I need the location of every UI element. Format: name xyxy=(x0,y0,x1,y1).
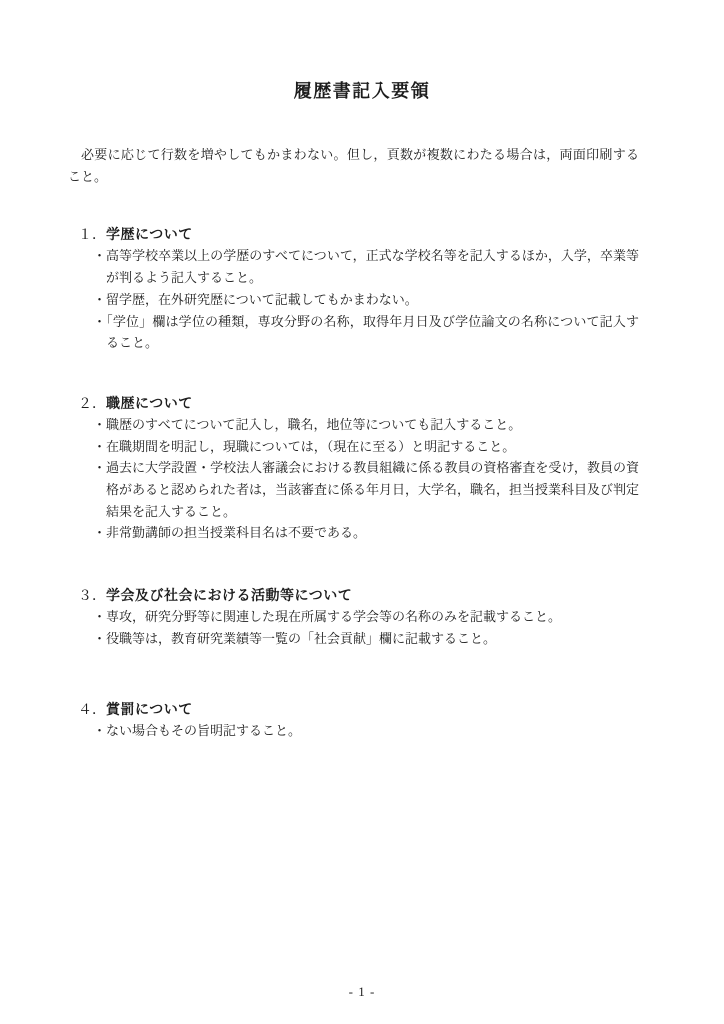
document-page: 履歴書記入要領 必要に応じて行数を増やしてもかまわない。但し，頁数が複数にわたる… xyxy=(0,0,724,1024)
bullet-text: 非常勤講師の担当授業科目名は不要である。 xyxy=(106,525,366,540)
bullet-marker: ・ xyxy=(93,292,106,307)
bullet-item: ・在職期間を明記し，現職については，（現在に至る）と明記すること。 xyxy=(68,436,639,458)
bullet-marker: ・ xyxy=(93,723,106,738)
page-number: - 1 - xyxy=(0,984,724,1000)
section-heading: ３．学会及び社会における活動等について xyxy=(68,584,639,606)
bullet-marker: ・ xyxy=(93,609,106,624)
bullet-item: ・職歴のすべてについて記入し，職名，地位等についても記入すること。 xyxy=(68,414,639,436)
bullet-marker: ・ xyxy=(93,631,106,646)
section-title: 職歴について xyxy=(106,395,193,411)
bullet-marker: ・ xyxy=(93,525,106,540)
bullet-text: 過去に大学設置・学校法人審議会における教員組織に係る教員の資格審査を受け，教員の… xyxy=(106,460,639,518)
section: ４．賞罰について・ない場合もその旨明記すること。 xyxy=(68,698,639,742)
bullet-text: 「学位」欄は学位の種類，専攻分野の名称，取得年月日及び学位論文の名称について記入… xyxy=(106,314,639,351)
section-title: 学歴について xyxy=(106,226,193,242)
section-number: ２． xyxy=(78,395,106,411)
bullet-item: ・専攻，研究分野等に関連した現在所属する学会等の名称のみを記載すること。 xyxy=(68,606,639,628)
sections-container: １．学歴について・高等学校卒業以上の学歴のすべてについて，正式な学校名等を記入す… xyxy=(68,223,639,741)
section-heading: ４．賞罰について xyxy=(68,698,639,720)
bullet-item: ・高等学校卒業以上の学歴のすべてについて，正式な学校名等を記入するほか，入学，卒… xyxy=(68,245,639,288)
document-content: 必要に応じて行数を増やしてもかまわない。但し，頁数が複数にわたる場合は，両面印刷… xyxy=(68,144,639,741)
bullet-text: 職歴のすべてについて記入し，職名，地位等についても記入すること。 xyxy=(106,417,521,432)
bullet-list: ・高等学校卒業以上の学歴のすべてについて，正式な学校名等を記入するほか，入学，卒… xyxy=(68,245,639,354)
section-number: ４． xyxy=(78,701,106,717)
bullet-marker: ・ xyxy=(93,439,106,454)
bullet-text: 留学歴，在外研究歴について記載してもかまわない。 xyxy=(106,292,418,307)
bullet-text: ない場合もその旨明記すること。 xyxy=(106,723,301,738)
section-number: ３． xyxy=(78,587,106,603)
bullet-marker: ・ xyxy=(93,248,106,263)
bullet-text: 役職等は，教育研究業績等一覧の「社会貢献」欄に記載すること。 xyxy=(106,631,496,646)
section-title: 学会及び社会における活動等について xyxy=(106,587,352,603)
bullet-item: ・非常勤講師の担当授業科目名は不要である。 xyxy=(68,522,639,544)
section: ３．学会及び社会における活動等について・専攻，研究分野等に関連した現在所属する学… xyxy=(68,584,639,649)
bullet-marker: ・ xyxy=(93,460,106,475)
section-heading: ２．職歴について xyxy=(68,392,639,414)
bullet-text: 在職期間を明記し，現職については，（現在に至る）と明記すること。 xyxy=(106,439,515,454)
bullet-item: ・「学位」欄は学位の種類，専攻分野の名称，取得年月日及び学位論文の名称について記… xyxy=(68,311,639,354)
section-number: １． xyxy=(78,226,106,242)
bullet-text: 高等学校卒業以上の学歴のすべてについて，正式な学校名等を記入するほか，入学，卒業… xyxy=(106,248,639,285)
bullet-item: ・ない場合もその旨明記すること。 xyxy=(68,720,639,742)
intro-paragraph: 必要に応じて行数を増やしてもかまわない。但し，頁数が複数にわたる場合は，両面印刷… xyxy=(68,144,639,187)
section-title: 賞罰について xyxy=(106,701,193,717)
bullet-marker: ・ xyxy=(93,417,106,432)
bullet-list: ・ない場合もその旨明記すること。 xyxy=(68,720,639,742)
bullet-item: ・役職等は，教育研究業績等一覧の「社会貢献」欄に記載すること。 xyxy=(68,628,639,650)
bullet-item: ・留学歴，在外研究歴について記載してもかまわない。 xyxy=(68,289,639,311)
bullet-item: ・過去に大学設置・学校法人審議会における教員組織に係る教員の資格審査を受け，教員… xyxy=(68,457,639,522)
bullet-marker: ・ xyxy=(93,314,106,329)
section: １．学歴について・高等学校卒業以上の学歴のすべてについて，正式な学校名等を記入す… xyxy=(68,223,639,354)
section: ２．職歴について・職歴のすべてについて記入し，職名，地位等についても記入すること… xyxy=(68,392,639,544)
bullet-text: 専攻，研究分野等に関連した現在所属する学会等の名称のみを記載すること。 xyxy=(106,609,561,624)
section-heading: １．学歴について xyxy=(68,223,639,245)
document-title: 履歴書記入要領 xyxy=(0,0,724,102)
bullet-list: ・職歴のすべてについて記入し，職名，地位等についても記入すること。・在職期間を明… xyxy=(68,414,639,544)
bullet-list: ・専攻，研究分野等に関連した現在所属する学会等の名称のみを記載すること。・役職等… xyxy=(68,606,639,649)
